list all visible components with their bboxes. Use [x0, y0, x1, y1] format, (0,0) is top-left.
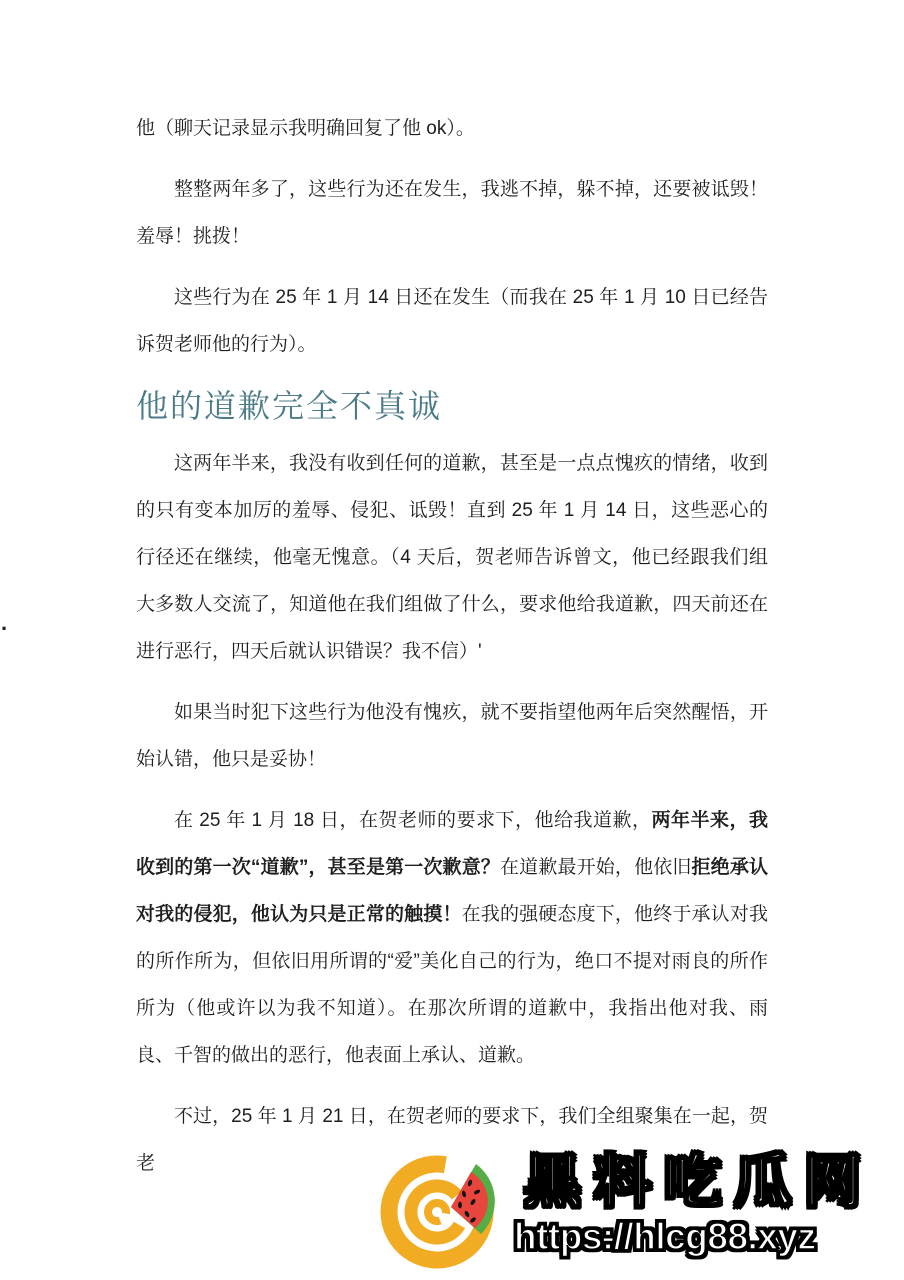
paragraph: 这些行为在 25 年 1 月 14 日还在发生（而我在 25 年 1 月 10 … [136, 274, 768, 368]
text-run: 在 25 年 1 月 18 日，在贺老师的要求下，他给我道歉， [174, 810, 651, 831]
watermark: 黑料吃瓜网 https://hlcg88.xyz [380, 1150, 904, 1280]
section-heading: 他的道歉完全不真诚 [136, 384, 768, 428]
logo-inner-ring [411, 1186, 460, 1238]
text-run: 整整两年多了，这些行为还在发生，我逃不掉，躲不掉，还要被诋毁！羞辱！挑拨！ [136, 179, 768, 247]
logo-center-hook [428, 1203, 446, 1221]
document-page: . 他（聊天记录显示我明确回复了他 ok）。整整两年多了，这些行为还在发生，我逃… [0, 0, 904, 1280]
paragraph: 这两年半来，我没有收到任何的道歉，甚至是一点点愧疚的情绪，收到的只有变本加厉的羞… [136, 440, 768, 675]
paragraph: 如果当时犯下这些行为他没有愧疚，就不要指望他两年后突然醒悟，开始认错，他只是妥协… [136, 689, 768, 783]
watermark-site-name: 黑料吃瓜网 [514, 1152, 874, 1212]
paragraph: 整整两年多了，这些行为还在发生，我逃不掉，躲不掉，还要被诋毁！羞辱！挑拨！ [136, 166, 768, 260]
text-run: 在道歉最开始，他依旧 [500, 857, 692, 878]
text-run: 这些行为在 25 年 1 月 14 日还在发生（而我在 25 年 1 月 10 … [136, 287, 768, 355]
text-run: 如果当时犯下这些行为他没有愧疚，就不要指望他两年后突然醒悟，开始认错，他只是妥协… [136, 702, 768, 770]
text-run: 这两年半来，我没有收到任何的道歉，甚至是一点点愧疚的情绪，收到的只有变本加厉的羞… [136, 453, 768, 662]
watermelon-logo-icon [380, 1150, 506, 1276]
watermark-text: 黑料吃瓜网 https://hlcg88.xyz [514, 1150, 874, 1260]
paragraph: 他（聊天记录显示我明确回复了他 ok）。 [136, 105, 768, 152]
text-run: 他（聊天记录显示我明确回复了他 ok）。 [136, 118, 475, 139]
text-run: 他的道歉完全不真诚 [136, 388, 442, 424]
margin-stray-period: . [1, 599, 7, 646]
document-body: 他（聊天记录显示我明确回复了他 ok）。整整两年多了，这些行为还在发生，我逃不掉… [136, 105, 768, 1201]
watermark-site-url: https://hlcg88.xyz [514, 1214, 874, 1260]
text-run: 在我的强硬态度下，他终于承认对我的所作所为，但依旧用所谓的“爱”美化自己的行为，… [136, 904, 768, 1066]
paragraph: 在 25 年 1 月 18 日，在贺老师的要求下，他给我道歉，两年半来，我收到的… [136, 797, 768, 1079]
